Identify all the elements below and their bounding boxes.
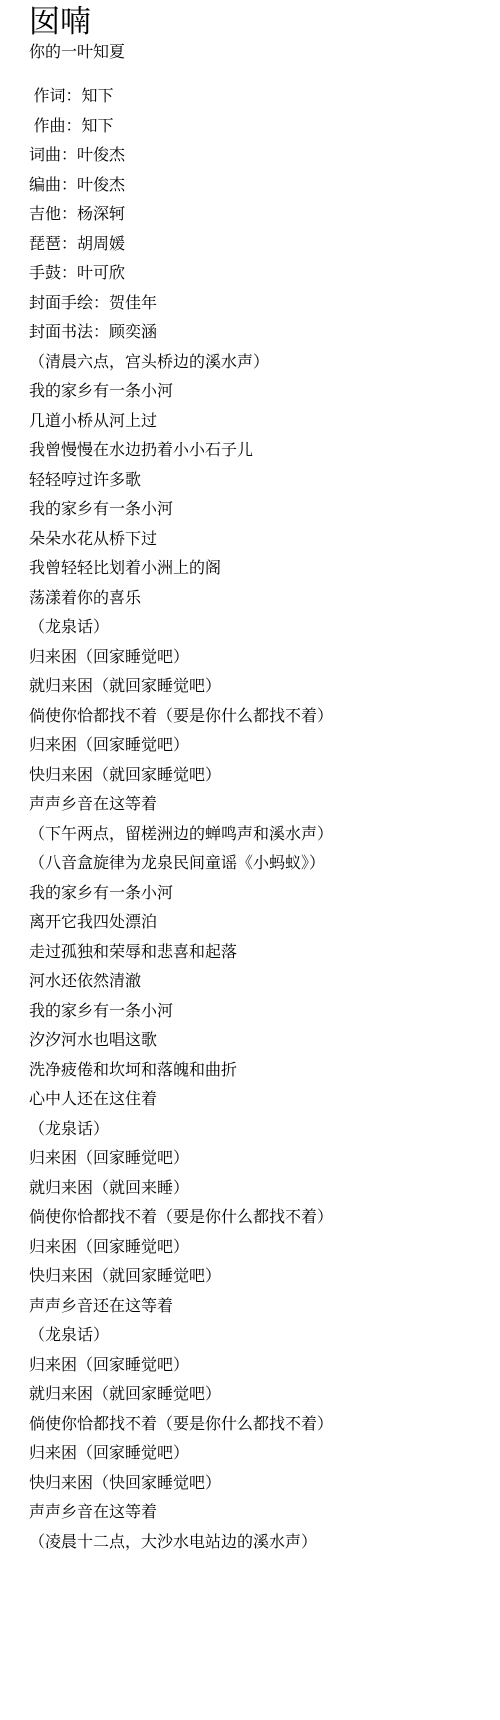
lyric-line: 心中人还在这住着 <box>29 1085 482 1115</box>
lyric-line: 我曾轻轻比划着小洲上的阁 <box>29 554 482 584</box>
lyric-line: 就归来困（就回来睡） <box>29 1174 482 1204</box>
lyric-line: 归来困（回家睡觉吧） <box>29 1233 482 1263</box>
lyric-line: 荡漾着你的喜乐 <box>29 584 482 614</box>
lyric-line: （龙泉话） <box>29 1321 482 1351</box>
lyric-line: 倘使你恰都找不着（要是你什么都找不着） <box>29 702 482 732</box>
lyric-line: 词曲：叶俊杰 <box>29 141 482 171</box>
lyric-line: 声声乡音在这等着 <box>29 1498 482 1528</box>
lyrics-body: 作词：知下 作曲：知下词曲：叶俊杰编曲：叶俊杰吉他：杨深轲琵琶：胡周媛手鼓：叶可… <box>29 82 482 1557</box>
lyric-line: 几道小桥从河上过 <box>29 407 482 437</box>
lyric-line: 朵朵水花从桥下过 <box>29 525 482 555</box>
lyric-line: 归来困（回家睡觉吧） <box>29 1351 482 1381</box>
lyric-line: 倘使你恰都找不着（要是你什么都找不着） <box>29 1410 482 1440</box>
lyric-line: 轻轻哼过许多歌 <box>29 466 482 496</box>
lyric-line: 我的家乡有一条小河 <box>29 997 482 1027</box>
lyric-line: （清晨六点，宫头桥边的溪水声） <box>29 348 482 378</box>
lyric-line: 快归来困（就回家睡觉吧） <box>29 1262 482 1292</box>
lyric-line: 声声乡音还在这等着 <box>29 1292 482 1322</box>
lyric-line: 倘使你恰都找不着（要是你什么都找不着） <box>29 1203 482 1233</box>
lyric-line: （龙泉话） <box>29 613 482 643</box>
lyric-line: 我的家乡有一条小河 <box>29 377 482 407</box>
lyric-line: 归来困（回家睡觉吧） <box>29 1144 482 1174</box>
lyric-line: （八音盒旋律为龙泉民间童谣《小蚂蚁》） <box>29 849 482 879</box>
lyric-line: 河水还依然清澈 <box>29 967 482 997</box>
lyric-line: 编曲：叶俊杰 <box>29 171 482 201</box>
lyric-line: 就归来困（就回家睡觉吧） <box>29 672 482 702</box>
lyric-line: 快归来困（快回家睡觉吧） <box>29 1469 482 1499</box>
lyric-line: 我的家乡有一条小河 <box>29 879 482 909</box>
lyric-line: 手鼓：叶可欣 <box>29 259 482 289</box>
lyric-line: 我的家乡有一条小河 <box>29 495 482 525</box>
lyric-line: 归来困（回家睡觉吧） <box>29 1439 482 1469</box>
lyric-line: 我曾慢慢在水边扔着小小石子儿 <box>29 436 482 466</box>
lyric-line: 声声乡音在这等着 <box>29 790 482 820</box>
lyric-line: 作曲：知下 <box>29 112 482 142</box>
lyric-line: 琵琶：胡周媛 <box>29 230 482 260</box>
lyric-line: 作词：知下 <box>29 82 482 112</box>
lyric-line: （下午两点，留槎洲边的蝉鸣声和溪水声） <box>29 820 482 850</box>
artist-name: 你的一叶知夏 <box>29 44 482 62</box>
lyric-line: 归来困（回家睡觉吧） <box>29 731 482 761</box>
lyric-line: 洗净疲倦和坎坷和落魄和曲折 <box>29 1056 482 1086</box>
lyrics-page: 囡喃 你的一叶知夏 作词：知下 作曲：知下词曲：叶俊杰编曲：叶俊杰吉他：杨深轲琵… <box>0 0 500 1720</box>
lyric-line: 就归来困（就回家睡觉吧） <box>29 1380 482 1410</box>
lyric-line: 封面书法：顾奕涵 <box>29 318 482 348</box>
lyric-line: 离开它我四处漂泊 <box>29 908 482 938</box>
lyric-line: 吉他：杨深轲 <box>29 200 482 230</box>
lyric-line: 走过孤独和荣辱和悲喜和起落 <box>29 938 482 968</box>
lyric-line: 汐汐河水也唱这歌 <box>29 1026 482 1056</box>
lyric-line: 快归来困（就回家睡觉吧） <box>29 761 482 791</box>
lyric-line: 归来困（回家睡觉吧） <box>29 643 482 673</box>
lyric-line: （凌晨十二点，大沙水电站边的溪水声） <box>29 1528 482 1558</box>
song-title: 囡喃 <box>29 4 482 40</box>
lyric-line: 封面手绘：贺佳年 <box>29 289 482 319</box>
lyric-line: （龙泉话） <box>29 1115 482 1145</box>
